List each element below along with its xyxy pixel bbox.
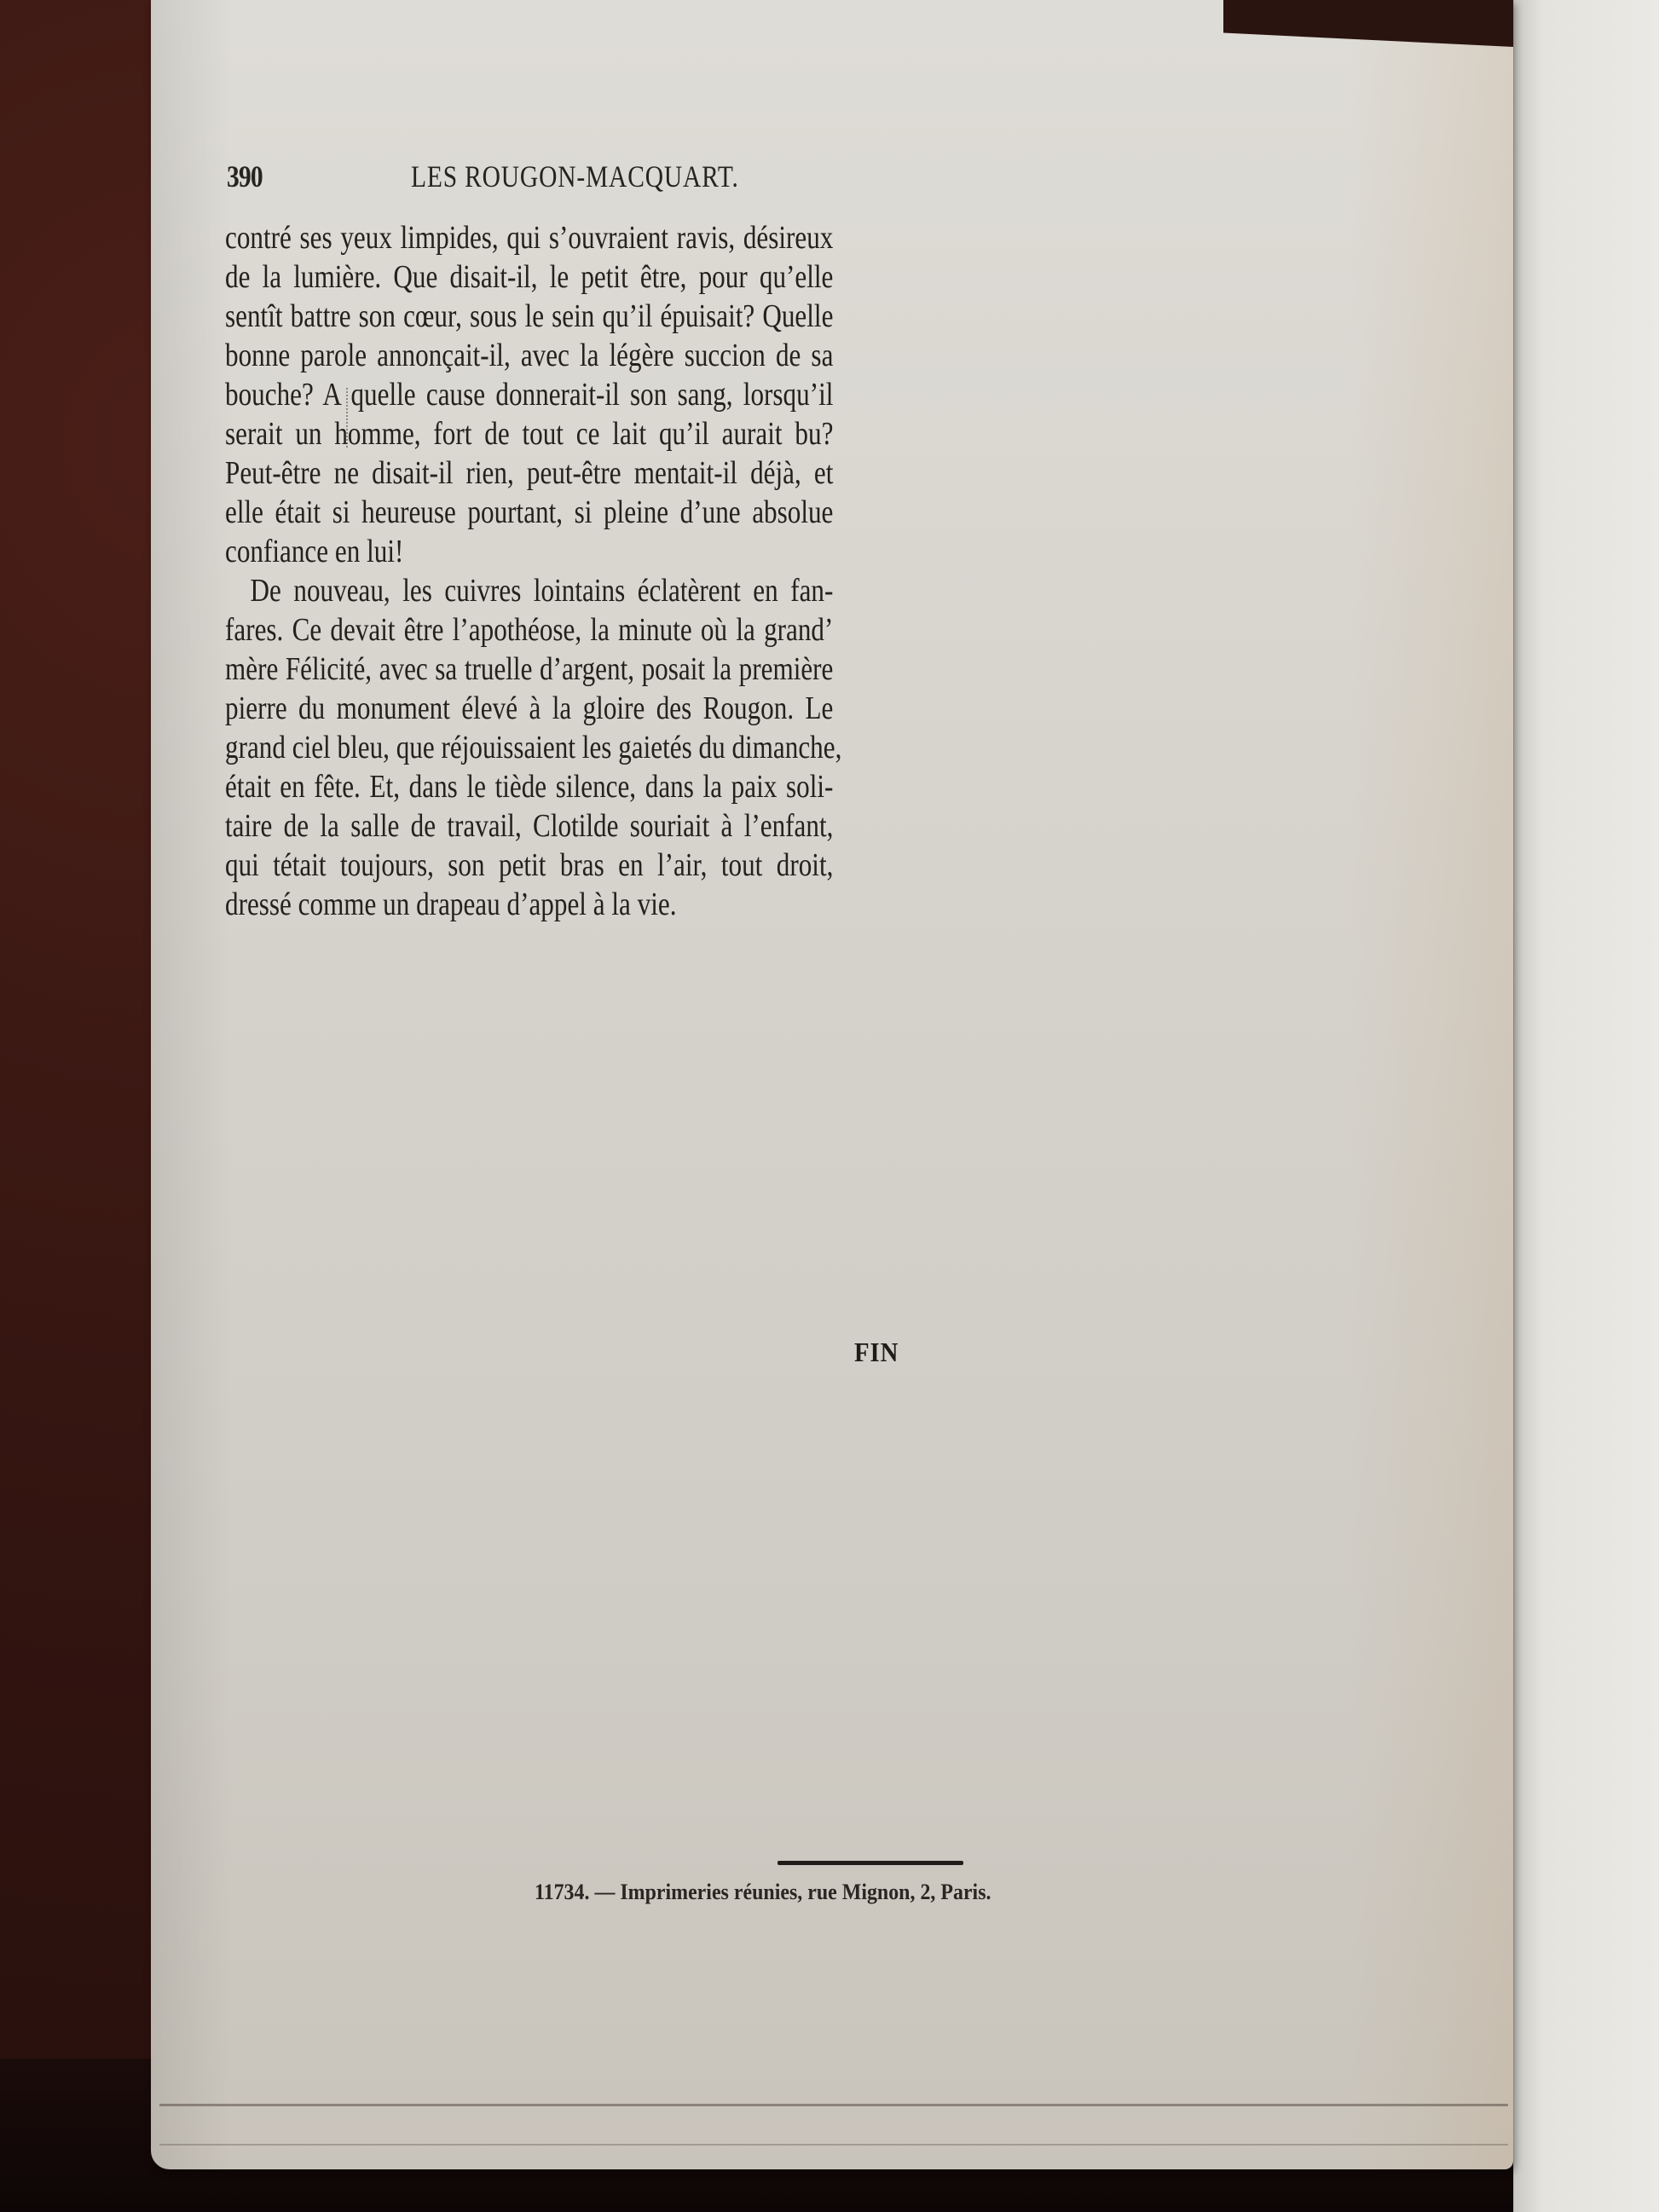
text-line: sentît battre son cœur, sous le sein qu’… (225, 297, 833, 336)
text-line: était en fête. Et, dans le tiède silence… (225, 767, 833, 806)
page-bottom-edge (159, 2104, 1508, 2146)
text-line: De nouveau, les cuivres lointains éclatè… (225, 571, 833, 610)
page-number: 390 (227, 159, 263, 194)
facing-page-edge (1513, 0, 1659, 2212)
text-line: contré ses yeux limpides, qui s’ouvraien… (225, 218, 833, 257)
text-line: pierre du monument élevé à la gloire des… (225, 689, 833, 728)
text-line: serait un homme, fort de tout ce lait qu… (225, 414, 833, 453)
text-line: bouche? A quelle cause donnerait-il son … (225, 375, 833, 414)
end-mark: FIN (854, 1337, 899, 1368)
page-corner-shadow (1223, 0, 1513, 47)
text-line: taire de la salle de travail, Clotilde s… (225, 806, 833, 846)
running-header: 390 LES ROUGON-MACQUART. (227, 159, 1079, 201)
text-line: grand ciel bleu, que réjouissaient les g… (225, 728, 833, 767)
printer-rule (777, 1861, 963, 1865)
text-line: dressé comme un drapeau d’appel à la vie… (225, 885, 833, 924)
text-line: de la lumière. Que disait-il, le petit ê… (225, 257, 833, 297)
text-line: mère Félicité, avec sa truelle d’argent,… (225, 650, 833, 689)
paragraph-1: contré ses yeux limpides, qui s’ouvraien… (225, 218, 833, 571)
text-line: bonne parole annonçait-il, avec la légèr… (225, 336, 833, 375)
paragraph-2: De nouveau, les cuivres lointains éclatè… (225, 571, 833, 924)
running-title: LES ROUGON-MACQUART. (411, 159, 739, 194)
text-line: confiance en lui! (225, 532, 833, 571)
text-line: elle était si heureuse pourtant, si plei… (225, 493, 833, 532)
text-line: fares. Ce devait être l’apothéose, la mi… (225, 610, 833, 650)
body-text: contré ses yeux limpides, qui s’ouvraien… (225, 218, 833, 924)
printer-imprint: 11734. — Imprimeries réunies, rue Mignon… (535, 1880, 991, 1905)
text-line: qui tétait toujours, son petit bras en l… (225, 846, 833, 885)
text-line: Peut-être ne disait-il rien, peut-être m… (225, 453, 833, 493)
